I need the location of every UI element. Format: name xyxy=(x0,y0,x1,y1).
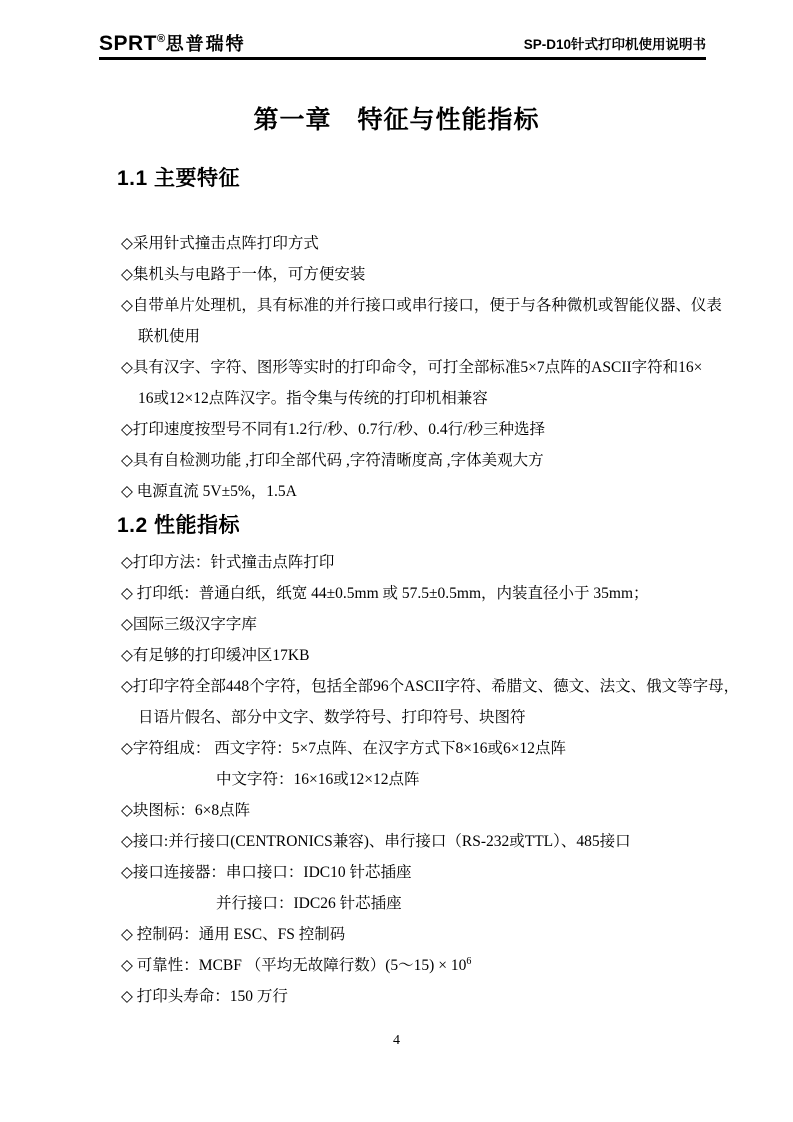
spec-line: ◇接口:并行接口(CENTRONICS兼容)、串行接口（RS-232或TTL）、… xyxy=(121,832,721,852)
content: 1.1 主要特征◇采用针式撞击点阵打印方式◇集机头与电路于一体，可方便安装◇自带… xyxy=(121,166,721,1018)
spec-line: ◇自带单片处理机，具有标准的并行接口或串行接口，便于与各种微机或智能仪器、仪表 xyxy=(121,296,721,316)
spec-line: ◇ 打印头寿命：150 万行 xyxy=(121,987,721,1007)
spec-line: ◇ 控制码：通用 ESC、FS 控制码 xyxy=(121,925,721,945)
spec-line: ◇有足够的打印缓冲区17KB xyxy=(121,646,721,666)
brand-logo-chinese: 思普瑞特 xyxy=(166,34,246,54)
brand-logo-latin: SPRT xyxy=(99,32,157,55)
document-title: SP-D10针式打印机使用说明书 xyxy=(524,36,706,56)
manual-page: SPRT®思普瑞特 SP-D10针式打印机使用说明书 第一章 特征与性能指标 1… xyxy=(0,0,793,1122)
spec-line: ◇字符组成： 西文字符：5×7点阵、在汉字方式下8×16或6×12点阵 xyxy=(121,739,721,759)
chapter-title: 第一章 特征与性能指标 xyxy=(0,100,793,136)
spec-line: 中文字符：16×16或12×12点阵 xyxy=(216,770,721,790)
registered-trademark-icon: ® xyxy=(157,33,166,45)
spec-line: ◇集机头与电路于一体，可方便安装 xyxy=(121,265,721,285)
section-heading: 1.2 性能指标 xyxy=(117,513,721,539)
spec-line: ◇ 打印纸：普通白纸，纸宽 44±0.5mm 或 57.5±0.5mm，内装直径… xyxy=(121,584,721,604)
spec-line: ◇具有汉字、字符、图形等实时的打印命令，可打全部标准5×7点阵的ASCII字符和… xyxy=(121,358,721,378)
spec-line: ◇采用针式撞击点阵打印方式 xyxy=(121,234,721,254)
spec-line: ◇接口连接器：串口接口：IDC10 针芯插座 xyxy=(121,863,721,883)
superscript-exponent: 6 xyxy=(466,956,471,967)
section: 1.2 性能指标◇打印方法：针式撞击点阵打印◇ 打印纸：普通白纸，纸宽 44±0… xyxy=(121,513,721,1007)
section-heading: 1.1 主要特征 xyxy=(117,166,721,192)
spec-line: ◇国际三级汉字字库 xyxy=(121,615,721,635)
spec-line: ◇具有自检测功能 ,打印全部代码 ,字符清晰度高 ,字体美观大方 xyxy=(121,451,721,471)
spec-line: 日语片假名、部分中文字、数学符号、打印符号、块图符 xyxy=(138,708,721,728)
spec-line: ◇打印方法：针式撞击点阵打印 xyxy=(121,553,721,573)
spec-line: 16或12×12点阵汉字。指令集与传统的打印机相兼容 xyxy=(138,389,721,409)
page-header: SPRT®思普瑞特 SP-D10针式打印机使用说明书 xyxy=(99,32,706,60)
spec-line: 联机使用 xyxy=(138,327,721,347)
spec-line: ◇打印速度按型号不同有1.2行/秒、0.7行/秒、0.4行/秒三种选择 xyxy=(121,420,721,440)
spec-line: ◇ 可靠性：MCBF （平均无故障行数）(5～15) × 106 xyxy=(121,956,721,976)
spec-line: ◇块图标：6×8点阵 xyxy=(121,801,721,821)
section: 1.1 主要特征◇采用针式撞击点阵打印方式◇集机头与电路于一体，可方便安装◇自带… xyxy=(121,166,721,502)
spec-line: ◇ 电源直流 5V±5%，1.5A xyxy=(121,482,721,502)
spec-line: 并行接口：IDC26 针芯插座 xyxy=(216,894,721,914)
spec-line: ◇打印字符全部448个字符，包括全部96个ASCII字符、希腊文、德文、法文、俄… xyxy=(121,677,721,697)
brand-logo: SPRT®思普瑞特 xyxy=(99,32,246,56)
page-number: 4 xyxy=(0,1032,793,1050)
